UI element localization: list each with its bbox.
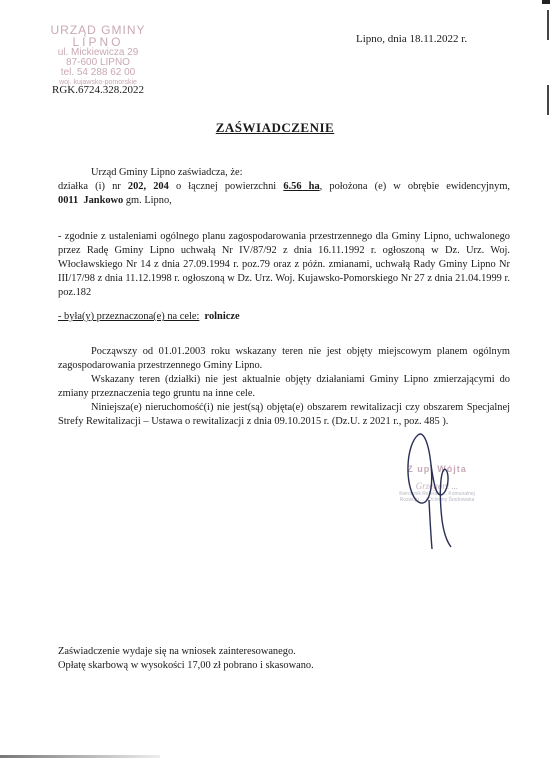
purpose-value: rolnicze (205, 311, 240, 322)
footer-notes: Zaświadczenie wydaje się na wniosek zain… (58, 645, 314, 673)
purpose-label: - była(y) przeznaczona(e) na cele: (58, 311, 199, 322)
plot-numbers: 202, 204 (128, 181, 169, 192)
intro-block: Urząd Gminy Lipno zaświadcza, że: działk… (58, 166, 510, 208)
intro-plot-line: działka (i) nr 202, 204 o łącznej powier… (58, 180, 510, 208)
precinct: 0011 Jankowo (58, 195, 123, 206)
scan-edge-mark (545, 0, 550, 120)
stamp-line: tel. 54 288 62 00 (38, 68, 158, 78)
handwritten-signature (396, 425, 476, 555)
paragraphs: Począwszy od 01.01.2003 roku wskazany te… (58, 345, 510, 429)
paragraph: Począwszy od 01.01.2003 roku wskazany te… (58, 345, 510, 373)
place-date: Lipno, dnia 18.11.2022 r. (356, 33, 467, 45)
plot-area: 6.56 ha (283, 181, 319, 192)
purpose-line: - była(y) przeznaczona(e) na cele: rolni… (58, 310, 510, 324)
document-title-text: ZAŚWIADCZENIE (216, 120, 334, 135)
area-prefix: o łącznej powierzchni (169, 181, 284, 192)
location-suffix: gm. Lipno, (123, 195, 172, 206)
plan-statement: - zgodnie z ustaleniami ogólnego planu z… (58, 230, 510, 300)
intro-lead: Urząd Gminy Lipno zaświadcza, że: (58, 166, 510, 180)
location-prefix: , położona (e) w obrębie ewidencyjnym, (320, 181, 510, 192)
office-stamp: URZĄD GMINY LIPNO ul. Mickiewicza 29 87-… (38, 24, 158, 88)
reference-number: RGK.6724.328.2022 (52, 84, 144, 96)
footer-line: Zaświadczenie wydaje się na wniosek zain… (58, 645, 314, 659)
plot-prefix: działka (i) nr (58, 181, 128, 192)
footer-line: Opłatę skarbową w wysokości 17,00 zł pob… (58, 659, 314, 673)
paragraph: Wskazany teren (działki) nie jest aktual… (58, 373, 510, 401)
document-title: ZAŚWIADCZENIE (0, 120, 550, 136)
